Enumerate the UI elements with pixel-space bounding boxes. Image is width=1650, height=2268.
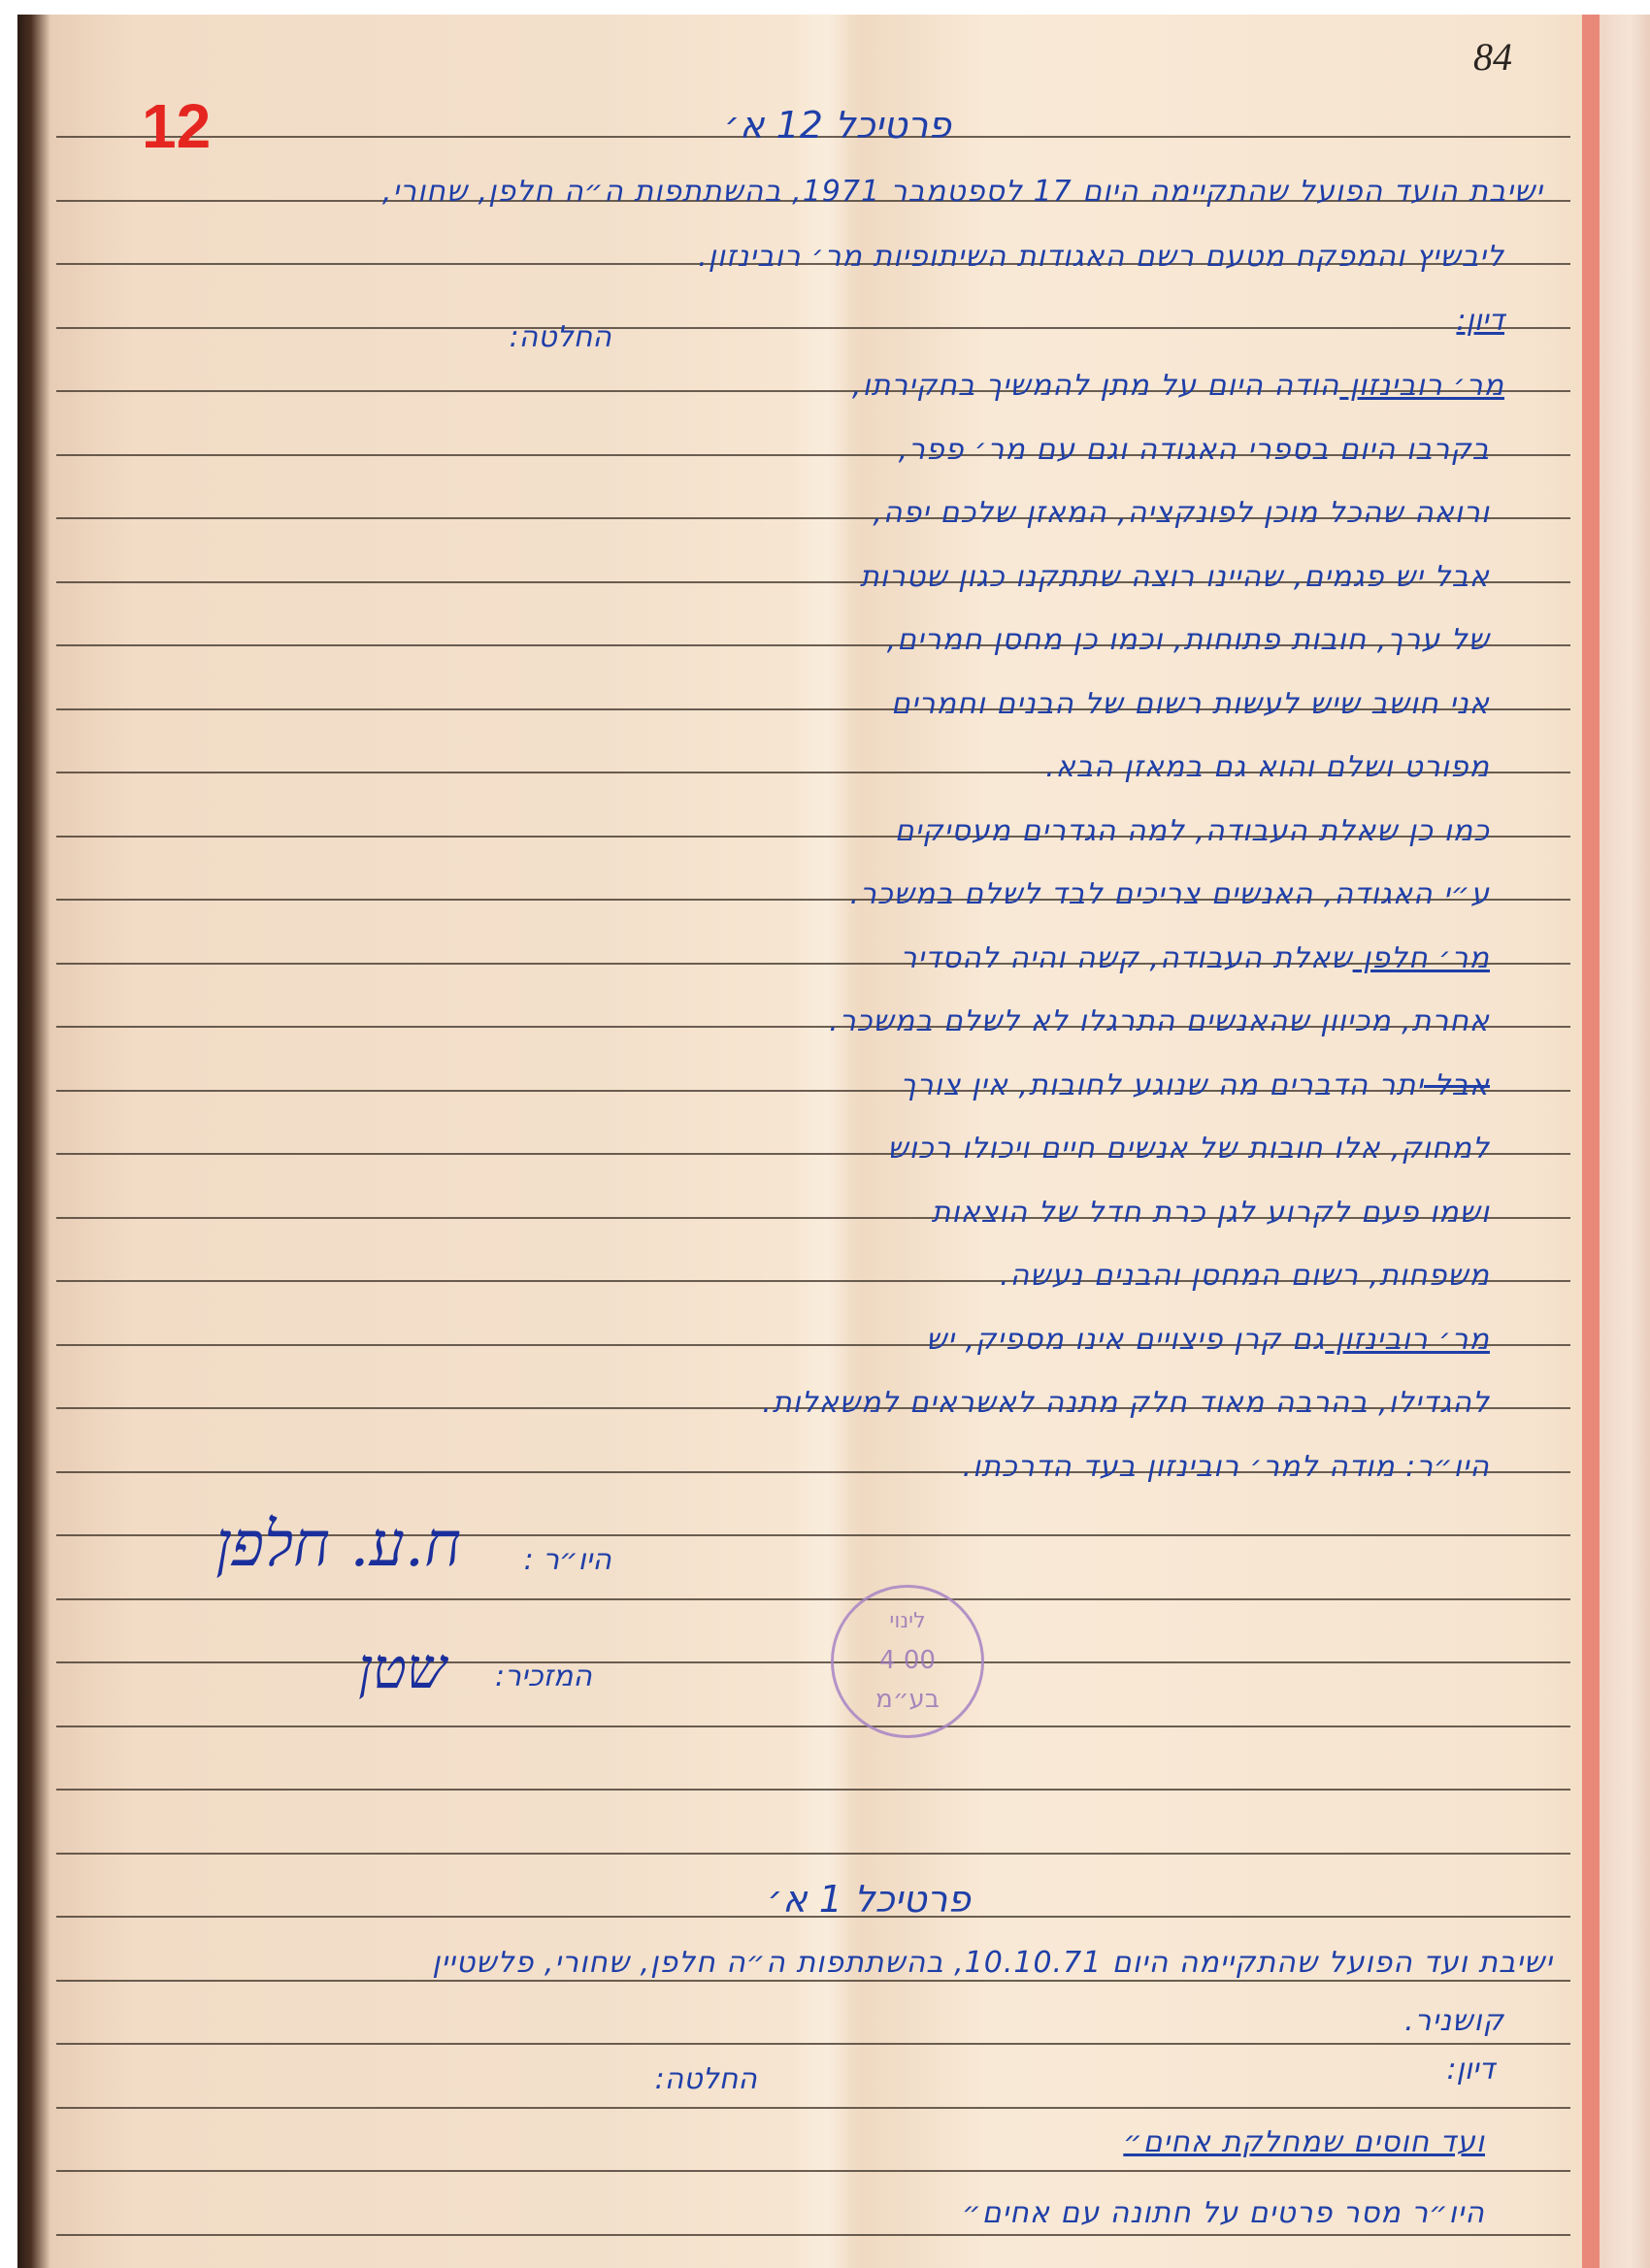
discussion-line: אני חושב שיש לעשות רשום של הבנים וחמרים <box>891 687 1490 721</box>
ruled-line <box>56 327 1570 329</box>
minutes-12-intro-line-2: ליבשיץ והמפקח מטעם רשם האגודות השיתופיות… <box>698 240 1504 274</box>
discussion-line: אבל יתר הדברים מה שנוגע לחובות, אין צורך <box>900 1068 1490 1102</box>
ruled-line <box>56 2107 1570 2109</box>
speaker-name: מר׳ רובינזון <box>1325 1323 1490 1357</box>
minutes-12-discussion-label: דיון: <box>1456 304 1504 338</box>
discussion-line: בקרבו היום בספרי האגודה וגם עם מר׳ פפר, <box>899 433 1490 467</box>
discussion-text: למחוק, אלו חובות של אנשים חיים ויכולו רכ… <box>887 1132 1490 1166</box>
minutes-1-heading: פרטיכל 1 א׳ <box>767 1878 971 1921</box>
rubber-stamp: לינוי 4 00 בע״מ <box>831 1585 984 1738</box>
discussion-line: אחרת, מכיוון שהאנשים התרגלו לא לשלם במשכ… <box>829 1004 1490 1038</box>
stamp-line-1: לינוי <box>834 1609 981 1633</box>
minutes-12-intro-line-1: ישיבת הועד הפועל שהתקיימה היום 17 לספטמב… <box>382 175 1543 209</box>
minutes-1-intro-line-1: ישיבת ועד הפועל שהתקיימה היום 10.10.71, … <box>432 1946 1553 1980</box>
ruled-line <box>56 1789 1570 1791</box>
discussion-line: מר׳ רובינזון הודה היום על מתן להמשיך בחק… <box>852 369 1504 403</box>
chair-signature: ח.ע. חלפן <box>215 1509 461 1581</box>
minutes-1-line-1: ועד חוסים שמחלקת אחים״ <box>1123 2125 1485 2159</box>
ruled-line <box>56 1598 1570 1600</box>
discussion-text: אחרת, מכיוון שהאנשים התרגלו לא לשלם במשכ… <box>829 1004 1490 1038</box>
ruled-line <box>56 1661 1570 1663</box>
discussion-text: אבל יש פגמים, שהיינו רוצה שתתקנו כגון שט… <box>860 560 1490 594</box>
discussion-text: שאלת העבודה, קשה והיה להסדיר <box>901 941 1353 975</box>
minutes-1-decision-label: החלטה: <box>655 2062 757 2096</box>
stamp-line-2: 4 00 <box>834 1646 981 1675</box>
minutes-12-heading: פרטיכל 12 א׳ <box>724 104 951 147</box>
discussion-text: מפורט ושלם והוא גם במאזן הבא. <box>1045 750 1490 784</box>
discussion-line: למחוק, אלו חובות של אנשים חיים ויכולו רכ… <box>887 1132 1490 1166</box>
minutes-1-discussion-label: דיון: <box>1446 2053 1495 2087</box>
discussion-line: אבל יש פגמים, שהיינו רוצה שתתקנו כגון שט… <box>860 560 1490 594</box>
minutes-1-line-2: היו״ר מסר פרטים על חתונה עם אחים״ <box>962 2196 1485 2230</box>
discussion-text: כמו כן שאלת העבודה, למה הגדרים מעסיקים <box>895 814 1490 848</box>
discussion-text: אני חושב שיש לעשות רשום של הבנים וחמרים <box>891 687 1490 721</box>
struck-word: אבל <box>1424 1068 1490 1102</box>
secretary-signature: שטן <box>358 1635 446 1701</box>
speaker-name: מר׳ רובינזון <box>1339 369 1504 403</box>
ruled-line <box>56 2043 1570 2045</box>
discussion-line: מפורט ושלם והוא גם במאזן הבא. <box>1045 750 1490 784</box>
discussion-text: בקרבו היום בספרי האגודה וגם עם מר׳ פפר, <box>899 433 1490 467</box>
discussion-line: להגדילו, בהרבה מאוד חלק מתנה לאשראים למש… <box>762 1386 1490 1420</box>
discussion-text: ע״י האגודה, האנשים צריכים לבד לשלם במשכר… <box>849 877 1490 911</box>
discussion-text: הודה היום על מתן להמשיך בחקירתו, <box>852 369 1339 403</box>
discussion-text: גם קרן פיצויים אינו מספיק, יש <box>926 1323 1325 1357</box>
discussion-text: היו״ר: מודה למר׳ רובינזון בעד הדרכתו. <box>963 1450 1491 1484</box>
speaker-name: מר׳ חלפן <box>1353 941 1490 975</box>
minutes-1-intro-line-2: קושניר. <box>1404 2004 1504 2038</box>
page-number: 84 <box>1473 34 1512 80</box>
discussion-text: יתר הדברים מה שנוגע לחובות, אין צורך <box>900 1068 1424 1102</box>
ruled-line <box>56 1980 1570 1982</box>
ruled-line <box>56 2170 1570 2172</box>
discussion-line: משפחות, רשום המחסן והבנים נעשה. <box>1000 1259 1490 1293</box>
discussion-line: מר׳ רובינזון גם קרן פיצויים אינו מספיק, … <box>926 1323 1490 1357</box>
minutes-12-decision-label: החלטה: <box>510 320 611 354</box>
page-fold <box>794 15 862 2268</box>
chair-label: היו״ר : <box>524 1543 611 1577</box>
stamp-line-3: בע״מ <box>834 1685 981 1714</box>
discussion-text: ורואה שהכל מוכן לפונקציה, המאזן שלכם יפה… <box>873 496 1490 530</box>
red-margin-strip <box>1582 15 1600 2268</box>
discussion-line: של ערך, חובות פתוחות, וכמו כן מחסן חמרים… <box>887 623 1490 657</box>
binding-edge <box>1600 15 1650 2268</box>
discussion-line: ורואה שהכל מוכן לפונקציה, המאזן שלכם יפה… <box>873 496 1490 530</box>
discussion-text: ושמו פעם לקרוע לגן כרת חדל של הוצאות <box>932 1196 1490 1230</box>
notebook-page: 12 84 פרטיכל 12 א׳ ישיבת הועד הפועל שהתק… <box>17 15 1650 2268</box>
discussion-line: כמו כן שאלת העבודה, למה הגדרים מעסיקים <box>895 814 1490 848</box>
discussion-text: של ערך, חובות פתוחות, וכמו כן מחסן חמרים… <box>887 623 1490 657</box>
red-sheet-number: 12 <box>142 90 211 162</box>
ruled-line <box>56 1853 1570 1855</box>
discussion-text: משפחות, רשום המחסן והבנים נעשה. <box>1000 1259 1490 1293</box>
discussion-line: היו״ר: מודה למר׳ רובינזון בעד הדרכתו. <box>963 1450 1491 1484</box>
secretary-label: המזכיר: <box>495 1660 592 1693</box>
discussion-line: ע״י האגודה, האנשים צריכים לבד לשלם במשכר… <box>849 877 1490 911</box>
ruled-line <box>56 2234 1570 2236</box>
discussion-line: מר׳ חלפן שאלת העבודה, קשה והיה להסדיר <box>901 941 1490 975</box>
ruled-line <box>56 1726 1570 1727</box>
discussion-text: להגדילו, בהרבה מאוד חלק מתנה לאשראים למש… <box>762 1386 1490 1420</box>
discussion-line: ושמו פעם לקרוע לגן כרת חדל של הוצאות <box>932 1196 1490 1230</box>
